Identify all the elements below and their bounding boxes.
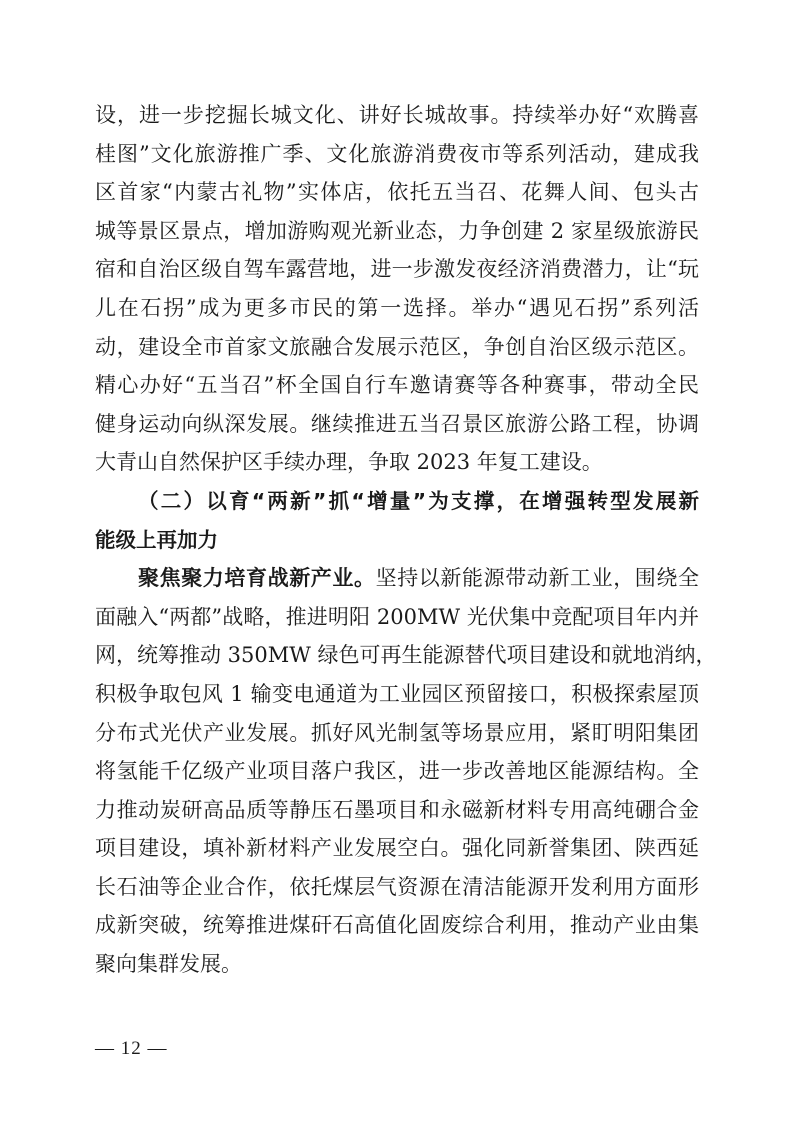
text-line: 设，进一步挖掘长城文化、讲好长城故事。持续举办好“欢腾喜 [95, 96, 699, 135]
text-line: 聚向集群发展。 [95, 945, 699, 984]
text-line: 力推动炭研高品质等静压石墨项目和永磁新材料专用高纯硼合金 [95, 791, 699, 830]
text-line: 积极争取包风 1 输变电通道为工业园区预留接口，积极探索屋顶 [95, 675, 699, 714]
text-line: 桂图”文化旅游推广季、文化旅游消费夜市等系列活动，建成我 [95, 135, 699, 174]
paragraph-lead-text: 坚持以新能源带动新工业，围绕全 [376, 566, 699, 590]
text-line: 宿和自治区级自驾车露营地，进一步激发夜经济消费潜力，让“玩 [95, 250, 699, 289]
text-line: 项目建设，填补新材料产业发展空白。强化同新誉集团、陕西延 [95, 829, 699, 868]
section-heading-line: 能级上再加力 [95, 521, 699, 560]
text-line: 将氢能千亿级产业项目落户我区，进一步改善地区能源结构。全 [95, 752, 699, 791]
text-line: 网，统筹推动 350MW 绿色可再生能源替代项目建设和就地消纳， [95, 636, 699, 675]
text-line: 区首家“内蒙古礼物”实体店，依托五当召、花舞人间、包头古 [95, 173, 699, 212]
paragraph-tourism: 设，进一步挖掘长城文化、讲好长城故事。持续举办好“欢腾喜 桂图”文化旅游推广季、… [95, 96, 699, 482]
text-line: 城等景区景点，增加游购观光新业态，力争创建 2 家星级旅游民 [95, 212, 699, 251]
section-heading-line: （二）以育“两新”抓“增量”为支撑，在增强转型发展新 [95, 482, 699, 521]
document-page: 设，进一步挖掘长城文化、讲好长城故事。持续举办好“欢腾喜 桂图”文化旅游推广季、… [0, 0, 793, 1122]
text-line: 精心办好“五当召”杯全国自行车邀请赛等各种赛事，带动全民 [95, 366, 699, 405]
document-body: 设，进一步挖掘长城文化、讲好长城故事。持续举办好“欢腾喜 桂图”文化旅游推广季、… [95, 96, 699, 984]
text-line: 儿在石拐”成为更多市民的第一选择。举办“遇见石拐”系列活 [95, 289, 699, 328]
text-line: 成新突破，统筹推进煤矸石高值化固废综合利用，推动产业由集 [95, 906, 699, 945]
text-line: 分布式光伏产业发展。抓好风光制氢等场景应用，紧盯明阳集团 [95, 714, 699, 753]
section-heading: （二）以育“两新”抓“增量”为支撑，在增强转型发展新 能级上再加力 [95, 482, 699, 559]
text-line: 长石油等企业合作，依托煤层气资源在清洁能源开发利用方面形 [95, 868, 699, 907]
text-line: 健身运动向纵深发展。继续推进五当召景区旅游公路工程，协调 [95, 405, 699, 444]
text-line: 面融入“两都”战略，推进明阳 200MW 光伏集中竞配项目年内并 [95, 598, 699, 637]
paragraph-lead-title: 聚焦聚力培育战新产业。 [138, 566, 376, 590]
page-number: — 12 — [95, 1038, 168, 1060]
text-line: 聚焦聚力培育战新产业。坚持以新能源带动新工业，围绕全 [95, 559, 699, 598]
paragraph-emerging-industries: 聚焦聚力培育战新产业。坚持以新能源带动新工业，围绕全 面融入“两都”战略，推进明… [95, 559, 699, 984]
text-line: 动，建设全市首家文旅融合发展示范区，争创自治区级示范区。 [95, 328, 699, 367]
text-line: 大青山自然保护区手续办理，争取 2023 年复工建设。 [95, 443, 699, 482]
